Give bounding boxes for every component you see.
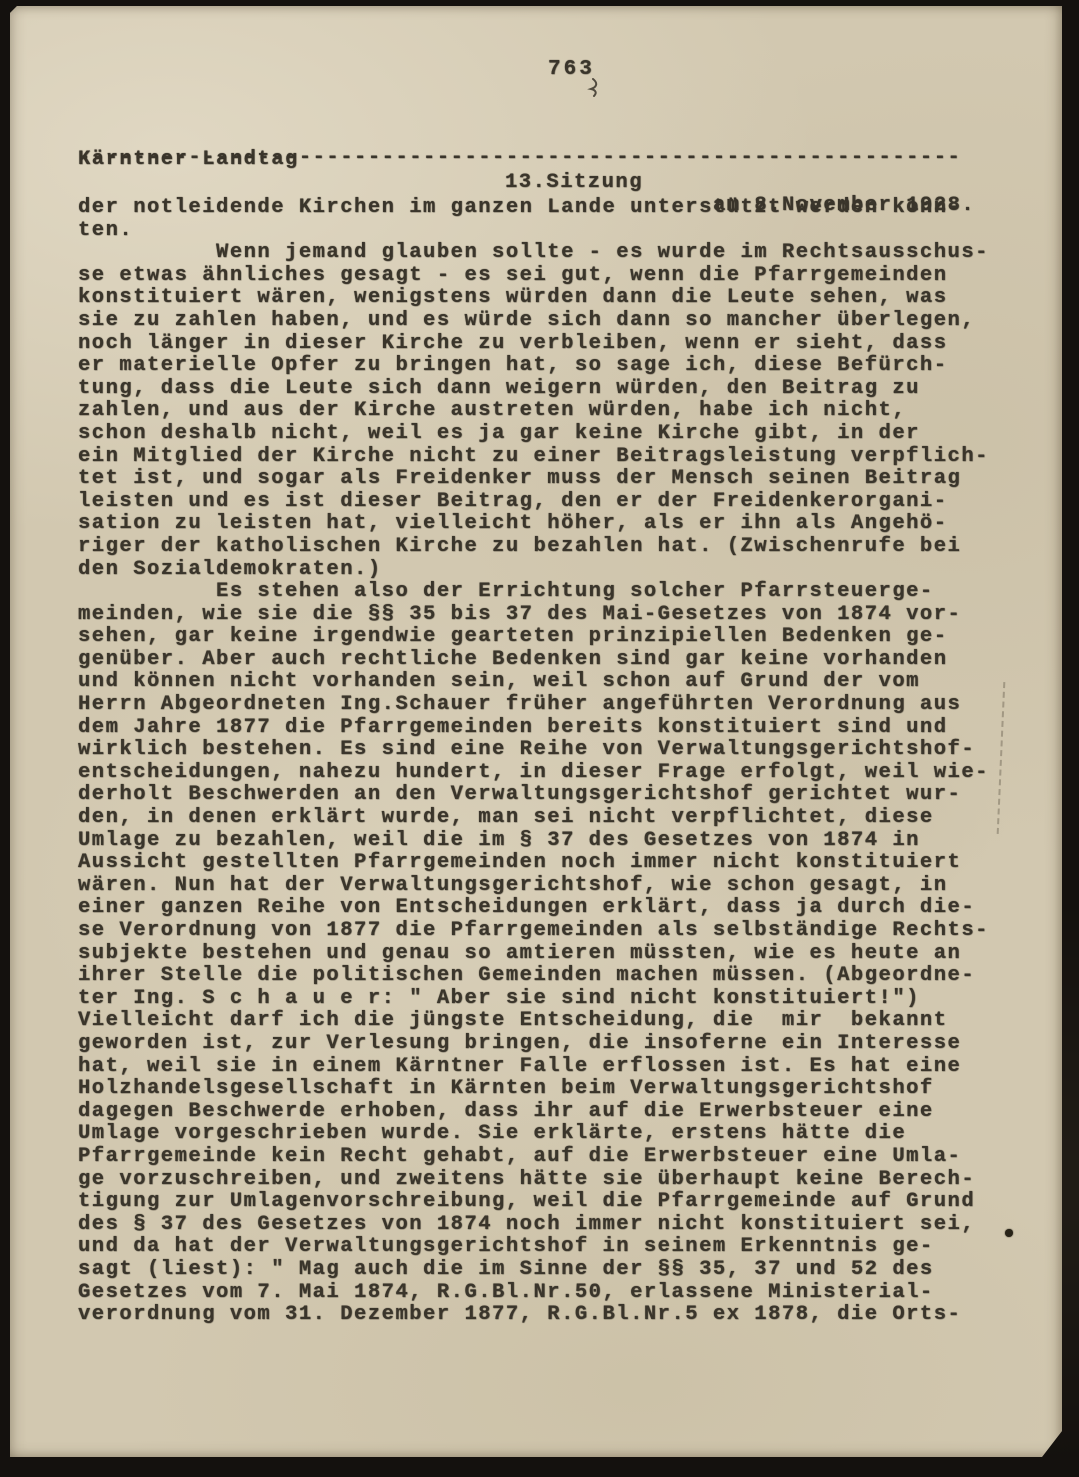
pen-stray-mark xyxy=(586,78,602,98)
body-text: der notleidende Kirchen im ganzen Lande … xyxy=(78,197,1008,1327)
document-page: 763 Kärntner Landtag 13.Sitzung am 8.Nov… xyxy=(10,6,1062,1457)
ink-blot xyxy=(1005,1229,1013,1237)
header-separator: ----------------------------------------… xyxy=(78,146,961,169)
header-session: 13.Sitzung xyxy=(505,171,643,194)
